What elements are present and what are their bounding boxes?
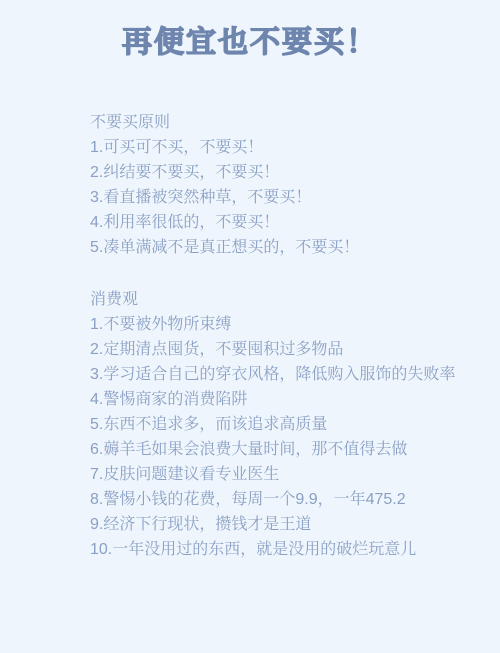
section-header: 消费观 bbox=[90, 287, 470, 312]
page-title: 再便宜也不要买！ bbox=[0, 0, 500, 60]
list-item: 3.学习适合自己的穿衣风格，降低购入服饰的失败率 bbox=[90, 362, 470, 387]
list-item: 5.凑单满减不是真正想买的，不要买！ bbox=[90, 235, 470, 260]
list-item: 7.皮肤问题建议看专业医生 bbox=[90, 462, 470, 487]
list-item: 3.看直播被突然种草，不要买！ bbox=[90, 185, 470, 210]
list-item: 4.警惕商家的消费陷阱 bbox=[90, 387, 470, 412]
note-page: 再便宜也不要买！ 不要买原则 1.可买可不买，不要买！ 2.纠结要不要买，不要买… bbox=[0, 0, 500, 653]
list-item: 5.东西不追求多，而该追求高质量 bbox=[90, 412, 470, 437]
list-item: 4.利用率很低的，不要买！ bbox=[90, 210, 470, 235]
note-content: 不要买原则 1.可买可不买，不要买！ 2.纠结要不要买，不要买！ 3.看直播被突… bbox=[0, 110, 500, 562]
list-item: 10.一年没用过的东西，就是没用的破烂玩意儿 bbox=[90, 537, 470, 562]
list-item: 2.纠结要不要买，不要买！ bbox=[90, 160, 470, 185]
list-item: 6.薅羊毛如果会浪费大量时间，那不值得去做 bbox=[90, 437, 470, 462]
list-item: 1.不要被外物所束缚 bbox=[90, 312, 470, 337]
list-item: 9.经济下行现状，攒钱才是王道 bbox=[90, 512, 470, 537]
section-no-buy-principles: 不要买原则 1.可买可不买，不要买！ 2.纠结要不要买，不要买！ 3.看直播被突… bbox=[90, 110, 470, 260]
list-item: 2.定期清点囤货，不要囤积过多物品 bbox=[90, 337, 470, 362]
section-header: 不要买原则 bbox=[90, 110, 470, 135]
list-item: 1.可买可不买，不要买！ bbox=[90, 135, 470, 160]
section-consumption-view: 消费观 1.不要被外物所束缚 2.定期清点囤货，不要囤积过多物品 3.学习适合自… bbox=[90, 287, 470, 562]
list-item: 8.警惕小钱的花费，每周一个9.9，一年475.2 bbox=[90, 487, 470, 512]
